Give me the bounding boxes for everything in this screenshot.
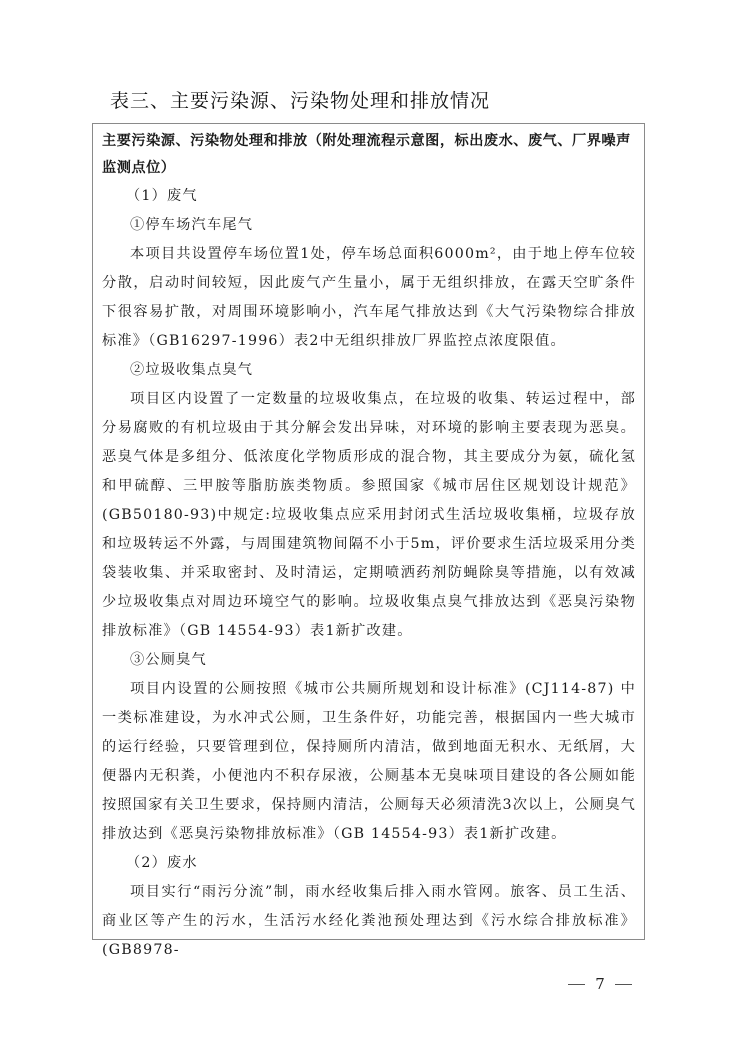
heading-wastewater: （2）废水 — [102, 849, 636, 878]
heading-exhaust-gas: （1）废气 — [102, 182, 636, 211]
paragraph-garbage-odor: 项目区内设置了一定数量的垃圾收集点，在垃圾的收集、转运过程中，部分易腐败的有机垃… — [102, 385, 636, 646]
dash-left — [568, 984, 585, 985]
subheading-toilet-odor: ③公厕臭气 — [102, 646, 636, 675]
paragraph-toilet-odor: 项目内设置的公厕按照《城市公共厕所规划和设计标准》(CJ114-87) 中一类标… — [102, 675, 636, 849]
subheading-garbage-odor: ②垃圾收集点臭气 — [102, 356, 636, 385]
page-number: 7 — [560, 975, 640, 993]
table-header: 主要污染源、污染物处理和排放（附处理流程示意图，标出废水、废气、厂界噪声监测点位… — [102, 128, 636, 182]
section-title: 表三、主要污染源、污染物处理和排放情况 — [110, 86, 490, 113]
table-content: 主要污染源、污染物处理和排放（附处理流程示意图，标出废水、废气、厂界噪声监测点位… — [102, 128, 636, 965]
page-number-value: 7 — [595, 975, 605, 993]
subheading-parking-exhaust: ①停车场汽车尾气 — [102, 211, 636, 240]
paragraph-parking-exhaust: 本项目共设置停车场位置1处，停车场总面积6000m²，由于地上停车位较分散，启动… — [102, 240, 636, 356]
pollution-table: 主要污染源、污染物处理和排放（附处理流程示意图，标出废水、废气、厂界噪声监测点位… — [92, 123, 645, 940]
dash-right — [615, 984, 632, 985]
paragraph-wastewater: 项目实行“雨污分流”制，雨水经收集后排入雨水管网。旅客、员工生活、商业区等产生的… — [102, 878, 636, 965]
